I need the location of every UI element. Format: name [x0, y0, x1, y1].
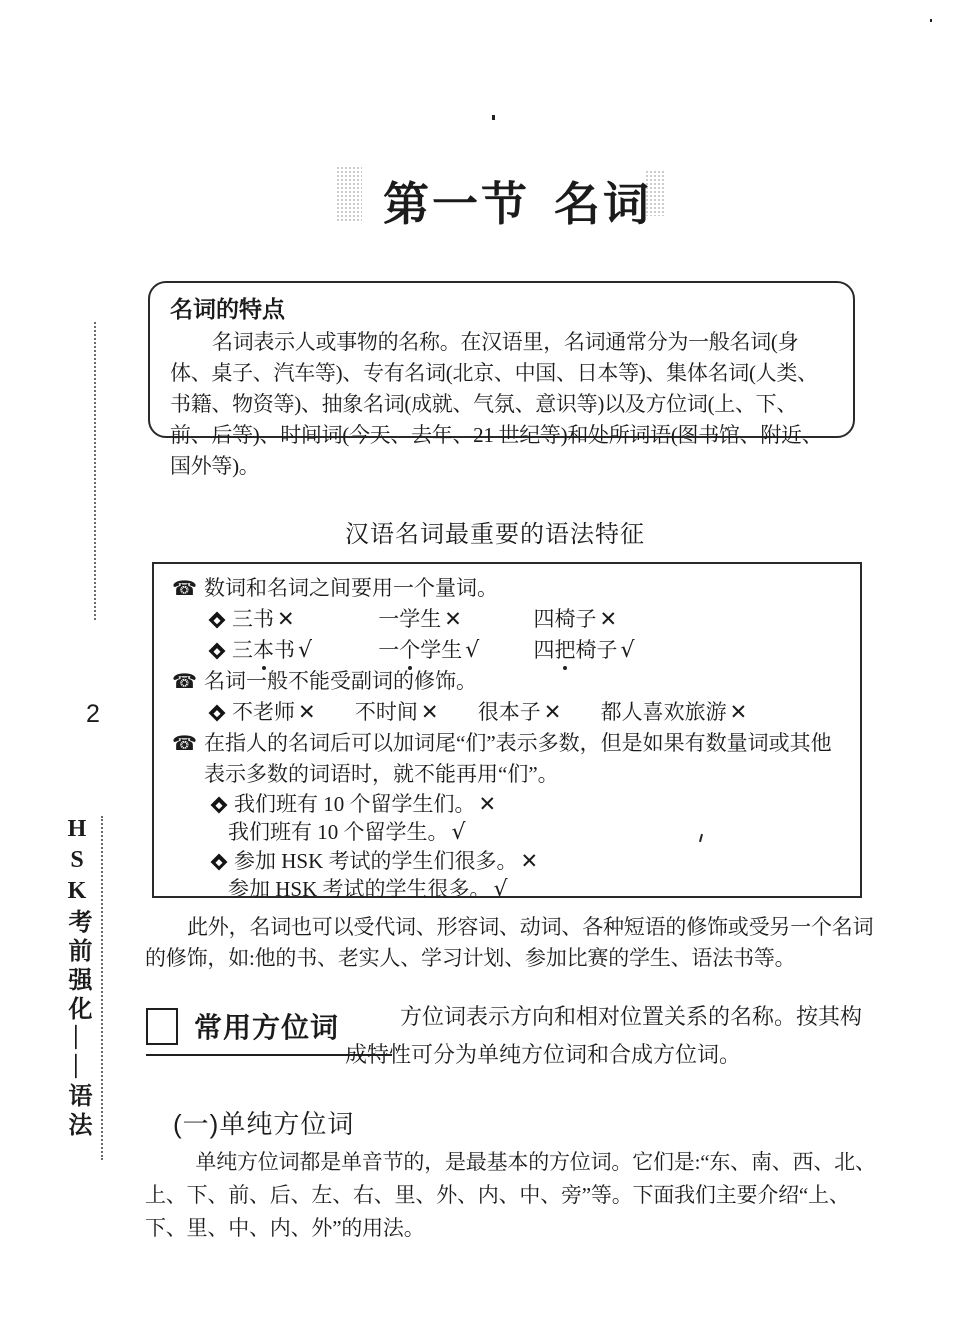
wrong-mark: ✕: [521, 849, 539, 873]
wrong-mark: ✕: [298, 700, 316, 724]
example-text: 四: [534, 638, 555, 662]
example-item: 不老师✕: [208, 697, 316, 728]
intro-box-heading: 名词的特点: [170, 291, 835, 324]
example-item: 一学生✕: [378, 604, 528, 635]
example-item: 很本子✕: [478, 697, 562, 728]
grammar-features-box: ☎ 数词和名词之间要用一个量词。 三书✕ 一学生✕ 四椅子✕ 三本书√ 一个学生…: [152, 562, 862, 898]
example-text: 不时间: [355, 700, 418, 724]
example-text: 学生: [420, 638, 462, 662]
rule-3-example-right: 我们班有 10 个留学生。√: [172, 818, 846, 847]
chapter-title-number: 第一节: [383, 178, 530, 230]
wrong-mark: ✕: [479, 792, 497, 816]
chapter-title-name: 名词: [554, 178, 652, 230]
example-text: 参加 HSK 考试的学生们很多。: [234, 849, 518, 873]
example-text: 三书: [232, 607, 274, 631]
example-text: 四椅子: [534, 607, 597, 631]
rule-2-wrong-examples: 不老师✕ 不时间✕ 很本子✕ 都人喜欢旅游✕: [172, 697, 846, 728]
noun-intro-box: 名词的特点 名词表示人或事物的名称。在汉语里，名词通常分为一般名词(身体、桌子、…: [148, 281, 855, 438]
example-text: 参加 HSK 考试的学生很多。: [228, 877, 491, 901]
example-item: 三书✕: [208, 604, 373, 635]
telephone-icon: ☎: [172, 728, 197, 759]
example-text: 都人喜欢旅游: [601, 700, 727, 724]
rule-3-example-wrong: 参加 HSK 考试的学生们很多。✕: [172, 847, 846, 875]
diamond-bullet-icon: [209, 611, 226, 628]
rule-1-right-examples: 三本书√ 一个学生√ 四把椅子√: [172, 635, 846, 666]
subsection-body: 单纯方位词都是单音节的，是最基本的方位词。它们是:“东、南、西、北、上、下、前、…: [145, 1146, 887, 1245]
example-text: 一学生: [378, 607, 441, 631]
example-item: 三本书√: [208, 635, 373, 666]
emphasized-char: 把: [555, 635, 576, 666]
example-item: 不时间✕: [355, 697, 439, 728]
wrong-mark: ✕: [730, 700, 748, 724]
modifier-paragraph: 此外，名词也可以受代词、形容词、动词、各种短语的修饰或受另一个名词的修饰，如:他…: [145, 912, 881, 974]
wrong-mark: ✕: [444, 607, 462, 631]
check-mark: √: [465, 638, 479, 663]
diamond-bullet-icon: [209, 642, 226, 659]
page-number: 2: [86, 700, 100, 729]
spine-title-latin: HSK: [64, 816, 90, 909]
wrong-mark: ✕: [421, 700, 439, 724]
rule-3-example-wrong: 我们班有 10 个留学生们。✕: [172, 790, 846, 818]
book-page: 第一节名词 名词的特点 名词表示人或事物的名称。在汉语里，名词通常分为一般名词(…: [0, 0, 960, 1341]
rule-3-example-right: 参加 HSK 考试的学生很多。√: [172, 875, 846, 904]
example-text: 我们班有 10 个留学生们。: [234, 792, 476, 816]
wrong-mark: ✕: [277, 607, 295, 631]
example-text: 书: [274, 638, 295, 662]
check-mark: √: [494, 877, 508, 902]
example-item: 四椅子✕: [534, 604, 618, 635]
rule-3: ☎ 在指人的名词后可以加词尾“们”表示多数，但是如果有数量词或其他表示多数的词语…: [172, 728, 846, 790]
rule-3-text: 在指人的名词后可以加词尾“们”表示多数，但是如果有数量词或其他表示多数的词语时，…: [204, 731, 832, 786]
example-text: 三: [232, 638, 253, 662]
example-text: 一: [378, 638, 399, 662]
example-item: 一个学生√: [378, 635, 528, 666]
telephone-icon: ☎: [172, 666, 197, 697]
rule-1-wrong-examples: 三书✕ 一学生✕ 四椅子✕: [172, 604, 846, 635]
rule-1-text: 数词和名词之间要用一个量词。: [204, 576, 498, 600]
square-marker-icon: [146, 1008, 178, 1045]
margin-dotted-line: [101, 816, 103, 1160]
check-mark: √: [298, 638, 312, 663]
check-mark: √: [452, 820, 466, 845]
example-item: 都人喜欢旅游✕: [601, 697, 748, 728]
chapter-title: 第一节名词: [383, 168, 652, 234]
diamond-bullet-icon: [211, 853, 228, 870]
subsection-heading: (一)单纯方位词: [173, 1104, 354, 1141]
diamond-bullet-icon: [209, 704, 226, 721]
rule-2: ☎ 名词一般不能受副词的修饰。: [172, 666, 846, 697]
locative-section-label: 常用方位词: [194, 1006, 339, 1046]
diamond-bullet-icon: [211, 796, 228, 813]
emphasized-char: 个: [399, 635, 420, 666]
margin-dotted-line: [94, 322, 96, 620]
example-item: 四把椅子√: [534, 635, 635, 666]
example-text: 椅子: [576, 638, 618, 662]
example-text: 我们班有 10 个留学生。: [228, 820, 449, 844]
wrong-mark: ✕: [600, 607, 618, 631]
check-mark: √: [621, 638, 635, 663]
wrong-mark: ✕: [544, 700, 562, 724]
emphasized-char: 本: [253, 635, 274, 666]
scan-speck: [492, 115, 495, 120]
book-spine-title: HSK考前强化——语法: [60, 816, 95, 1156]
scan-noise-patch: [336, 166, 362, 222]
spine-title-cjk: 考前强化——语法: [64, 909, 90, 1141]
features-heading: 汉语名词最重要的语法特征: [345, 514, 645, 549]
example-text: 很本子: [478, 700, 541, 724]
scan-speck: [930, 19, 932, 22]
example-text: 不老师: [232, 700, 295, 724]
telephone-icon: ☎: [172, 573, 197, 604]
locative-section-intro: 方位词表示方向和相对位置关系的名称。按其构成特性可分为单纯方位词和合成方位词。: [345, 998, 879, 1074]
rule-1: ☎ 数词和名词之间要用一个量词。: [172, 573, 846, 604]
rule-2-text: 名词一般不能受副词的修饰。: [204, 669, 477, 693]
intro-box-body: 名词表示人或事物的名称。在汉语里，名词通常分为一般名词(身体、桌子、汽车等)、专…: [170, 327, 835, 482]
